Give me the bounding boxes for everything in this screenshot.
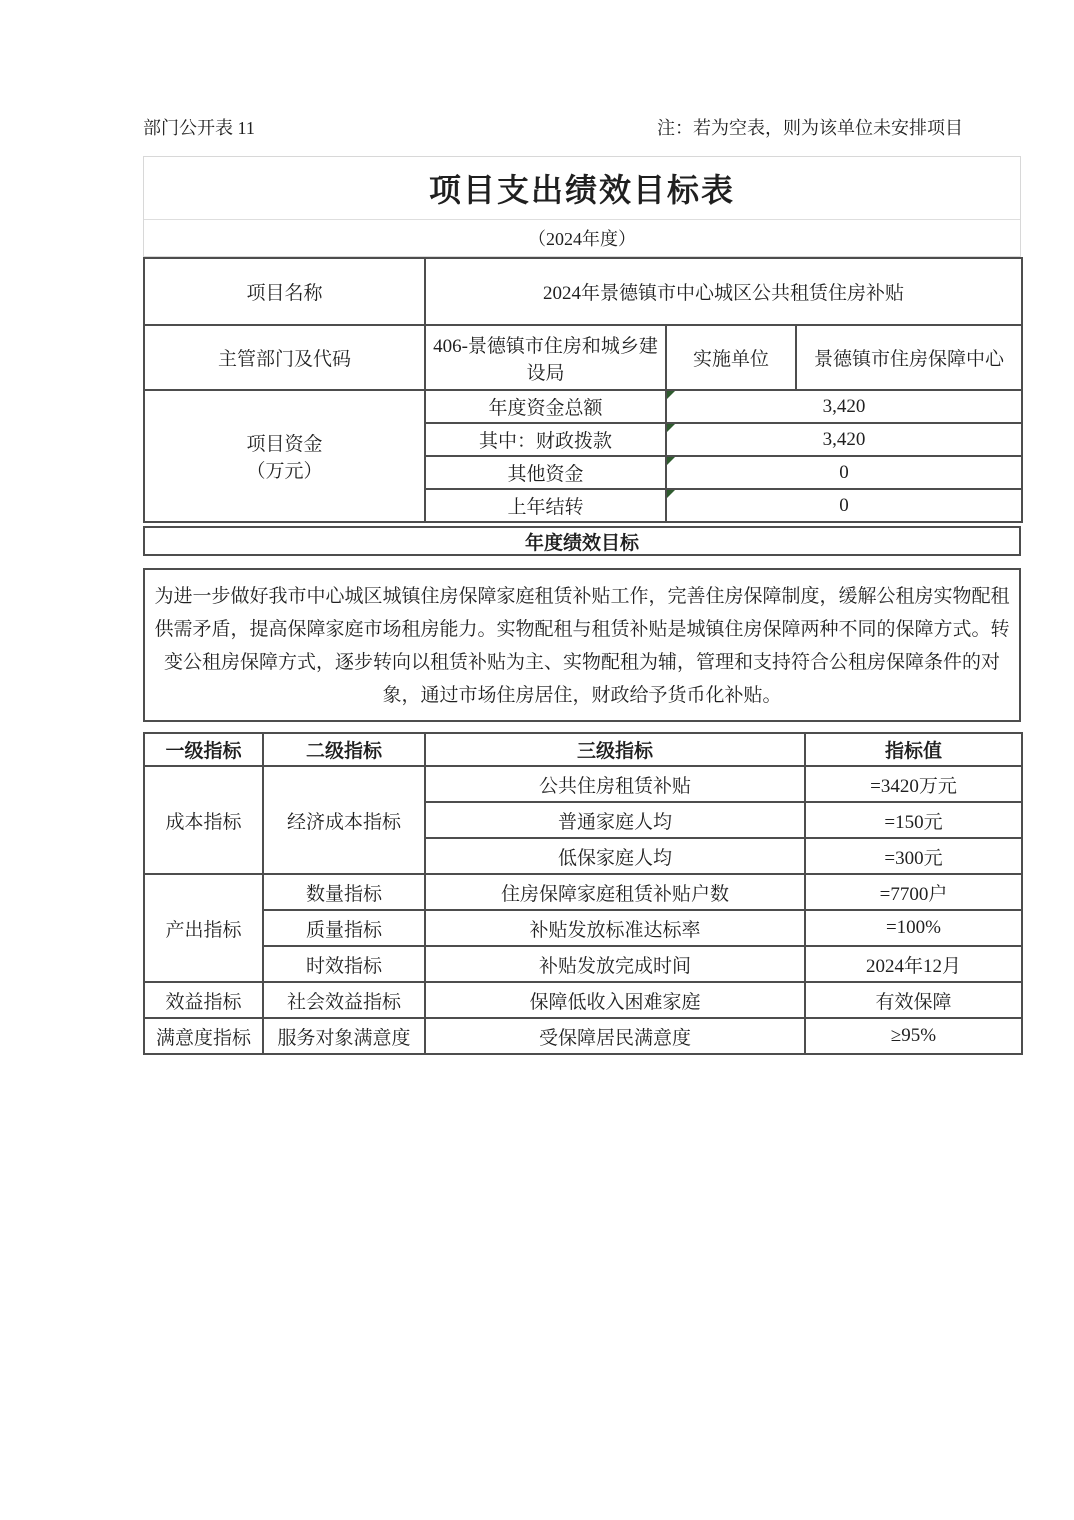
- indicator-row: 质量指标 补贴发放标准达标率 =100%: [144, 910, 1022, 946]
- impl-unit-value: 景德镇市住房保障中心: [796, 325, 1022, 390]
- dept-code-value: 406-景德镇市住房和城乡建设局: [425, 325, 666, 390]
- level2-cell: 经济成本指标: [263, 766, 425, 874]
- value-cell: =300元: [805, 838, 1022, 874]
- level3-cell: 公共住房租赁补贴: [425, 766, 805, 802]
- table-row: 项目资金 （万元） 年度资金总额 3,420: [144, 390, 1022, 423]
- level1-cell: 成本指标: [144, 766, 263, 874]
- table-row: 主管部门及代码 406-景德镇市住房和城乡建设局 实施单位 景德镇市住房保障中心: [144, 325, 1022, 390]
- indicator-row: 成本指标 经济成本指标 公共住房租赁补贴 =3420万元: [144, 766, 1022, 802]
- level2-cell: 社会效益指标: [263, 982, 425, 1018]
- indicator-row: 产出指标 数量指标 住房保障家庭租赁补贴户数 =7700户: [144, 874, 1022, 910]
- value-cell: ≥95%: [805, 1018, 1022, 1054]
- page-header: 部门公开表 11 注：若为空表，则为该单位未安排项目: [143, 116, 1021, 140]
- document-page: 部门公开表 11 注：若为空表，则为该单位未安排项目 项目支出绩效目标表 （20…: [143, 0, 1021, 1055]
- fund-row-label: 其他资金: [425, 456, 666, 489]
- indicator-row: 满意度指标 服务对象满意度 受保障居民满意度 ≥95%: [144, 1018, 1022, 1054]
- table-index-label: 部门公开表 11: [143, 114, 255, 140]
- indicator-table: 一级指标 二级指标 三级指标 指标值 成本指标 经济成本指标 公共住房租赁补贴 …: [143, 732, 1023, 1055]
- project-name-value: 2024年景德镇市中心城区公共租赁住房补贴: [425, 258, 1022, 325]
- fund-amount: 0: [839, 495, 849, 516]
- fund-row-value: 0: [666, 489, 1022, 522]
- fund-row-value: 0: [666, 456, 1022, 489]
- level1-cell: 效益指标: [144, 982, 263, 1018]
- level3-cell: 低保家庭人均: [425, 838, 805, 874]
- fund-row-value: 3,420: [666, 390, 1022, 423]
- header-value: 指标值: [805, 733, 1022, 766]
- level3-cell: 补贴发放标准达标率: [425, 910, 805, 946]
- fund-amount: 3,420: [823, 396, 866, 417]
- green-triangle-icon: [667, 457, 675, 465]
- annual-goal-band: 年度绩效目标: [143, 526, 1021, 556]
- value-cell: 2024年12月: [805, 946, 1022, 982]
- fund-amount: 3,420: [823, 429, 866, 450]
- value-cell: 有效保障: [805, 982, 1022, 1018]
- header-level2: 二级指标: [263, 733, 425, 766]
- table-row: 项目名称 2024年景德镇市中心城区公共租赁住房补贴: [144, 258, 1022, 325]
- level3-cell: 保障低收入困难家庭: [425, 982, 805, 1018]
- impl-unit-label: 实施单位: [666, 325, 796, 390]
- level2-cell: 数量指标: [263, 874, 425, 910]
- value-cell: =3420万元: [805, 766, 1022, 802]
- fund-row-label: 其中：财政拨款: [425, 423, 666, 456]
- project-info-table: 项目名称 2024年景德镇市中心城区公共租赁住房补贴 主管部门及代码 406-景…: [143, 257, 1023, 523]
- fund-row-label: 年度资金总额: [425, 390, 666, 423]
- level3-cell: 补贴发放完成时间: [425, 946, 805, 982]
- level1-cell: 满意度指标: [144, 1018, 263, 1054]
- indicator-header-row: 一级指标 二级指标 三级指标 指标值: [144, 733, 1022, 766]
- green-triangle-icon: [667, 391, 675, 399]
- value-cell: =100%: [805, 910, 1022, 946]
- project-funds-label: 项目资金 （万元）: [144, 390, 425, 522]
- document-title: 项目支出绩效目标表: [144, 157, 1020, 220]
- fund-row-label: 上年结转: [425, 489, 666, 522]
- level3-cell: 住房保障家庭租赁补贴户数: [425, 874, 805, 910]
- title-box: 项目支出绩效目标表 （2024年度）: [143, 156, 1021, 257]
- level2-cell: 质量指标: [263, 910, 425, 946]
- empty-table-note: 注：若为空表，则为该单位未安排项目: [657, 114, 963, 140]
- value-cell: =7700户: [805, 874, 1022, 910]
- dept-code-label: 主管部门及代码: [144, 325, 425, 390]
- level1-cell: 产出指标: [144, 874, 263, 982]
- header-level3: 三级指标: [425, 733, 805, 766]
- green-triangle-icon: [667, 490, 675, 498]
- indicator-row: 效益指标 社会效益指标 保障低收入困难家庭 有效保障: [144, 982, 1022, 1018]
- document-subtitle: （2024年度）: [144, 220, 1020, 256]
- fund-row-value: 3,420: [666, 423, 1022, 456]
- fund-amount: 0: [839, 462, 849, 483]
- level3-cell: 受保障居民满意度: [425, 1018, 805, 1054]
- level3-cell: 普通家庭人均: [425, 802, 805, 838]
- header-level1: 一级指标: [144, 733, 263, 766]
- project-name-label: 项目名称: [144, 258, 425, 325]
- value-cell: =150元: [805, 802, 1022, 838]
- annual-goal-text: 为进一步做好我市中心城区城镇住房保障家庭租赁补贴工作，完善住房保障制度，缓解公租…: [143, 568, 1021, 722]
- indicator-row: 时效指标 补贴发放完成时间 2024年12月: [144, 946, 1022, 982]
- level2-cell: 时效指标: [263, 946, 425, 982]
- green-triangle-icon: [667, 424, 675, 432]
- level2-cell: 服务对象满意度: [263, 1018, 425, 1054]
